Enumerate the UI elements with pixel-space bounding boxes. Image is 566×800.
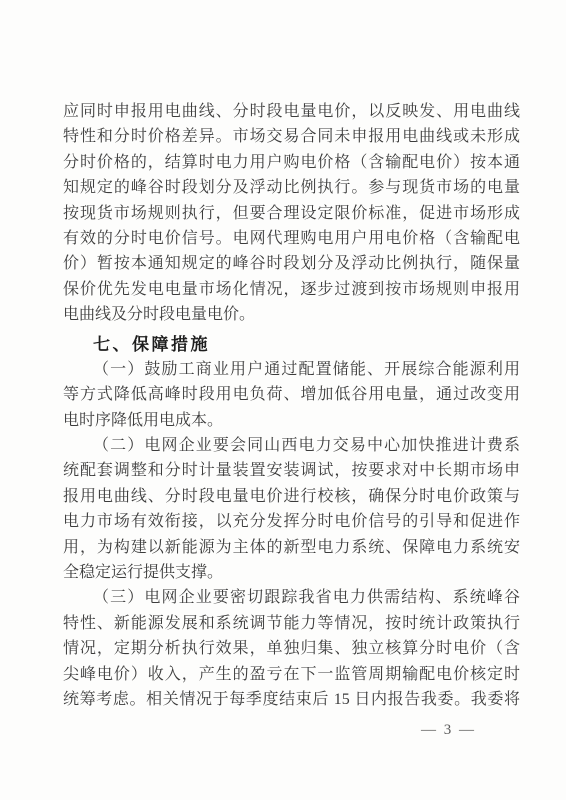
text-line: 尖峰电价）收入，产生的盈亏在下一监管周期输配电价核定时 [63, 662, 520, 687]
text-line: （二）电网企业要会同山西电力交易中心加快推进计费系 [63, 433, 520, 458]
text-line: 用，为构建以新能源为主体的新型电力系统、保障电力系统安 [63, 535, 520, 560]
text-line: 按现货市场规则执行，但要合理设定限价标准，促进市场形成 [63, 201, 520, 226]
text-line: （一）鼓励工商业用户通过配置储能、开展综合能源利用 [63, 357, 520, 382]
text-line: 电时序降低用电成本。 [63, 408, 520, 433]
text-line: 应同时申报用电曲线、分时段电量电价，以反映发、用电曲线 [63, 99, 520, 124]
document-page: 应同时申报用电曲线、分时段电量电价，以反映发、用电曲线 特性和分时价格差异。市场… [0, 0, 566, 800]
page-number: — 3 — [421, 720, 476, 740]
text-line: 知规定的峰谷时段划分及浮动比例执行。参与现货市场的电量 [63, 175, 520, 200]
text-line: 等方式降低高峰时段用电负荷、增加低谷用电量，通过改变用 [63, 382, 520, 407]
text-line: 报用电曲线、分时段电量电价进行校核，确保分时电价政策与 [63, 484, 520, 509]
text-line: 保价优先发电电量市场化情况，逐步过渡到按市场规则申报用 [63, 277, 520, 302]
text-line: 特性和分时价格差异。市场交易合同未申报用电曲线或未形成 [63, 124, 520, 149]
text-line: （三）电网企业要密切跟踪我省电力供需结构、系统峰谷 [63, 585, 520, 610]
text-line: 全稳定运行提供支撑。 [63, 560, 520, 585]
text-line: 统筹考虑。相关情况于每季度结束后 15 日内报告我委。我委将 [63, 687, 520, 712]
document-body: 应同时申报用电曲线、分时段电量电价，以反映发、用电曲线 特性和分时价格差异。市场… [63, 99, 520, 712]
section-heading: 七、保障措施 [63, 332, 520, 357]
text-line: 有效的分时电价信号。电网代理购电用户用电价格（含输配电 [63, 226, 520, 251]
text-line: 统配套调整和分时计量装置安装调试，按要求对中长期市场申 [63, 458, 520, 483]
text-line: 情况，定期分析执行效果，单独归集、独立核算分时电价（含 [63, 636, 520, 661]
text-line: 电力市场有效衔接，以充分发挥分时电价信号的引导和促进作 [63, 509, 520, 534]
text-line: 特性、新能源发展和系统调节能力等情况，按时统计政策执行 [63, 611, 520, 636]
text-line: 价）暂按本通知规定的峰谷时段划分及浮动比例执行，随保量 [63, 251, 520, 276]
text-line: 电曲线及分时段电量电价。 [63, 302, 520, 327]
text-line: 分时价格的，结算时电力用户购电价格（含输配电价）按本通 [63, 150, 520, 175]
